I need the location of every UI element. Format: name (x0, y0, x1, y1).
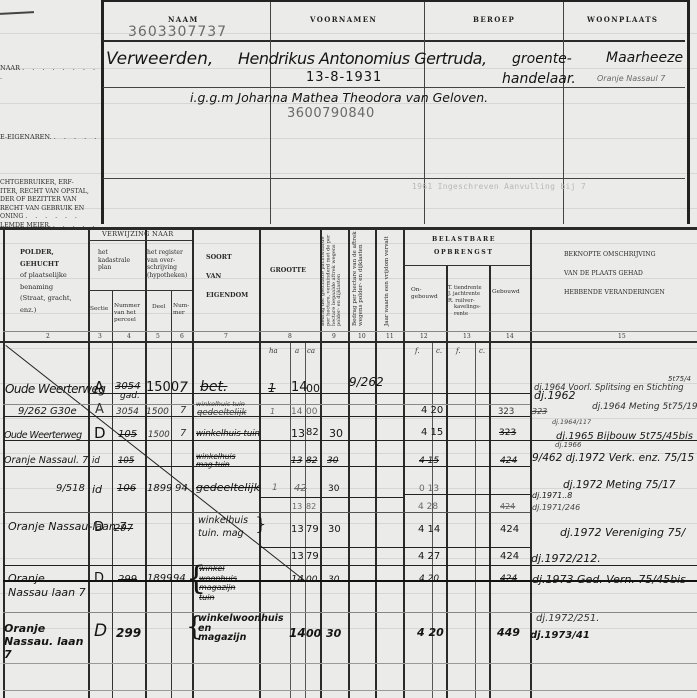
row4-gebouwd: 424 (500, 456, 517, 466)
row3-remark-3: dj.1966 (555, 441, 581, 449)
pen-mark (0, 11, 34, 15)
unit-f1: f. (415, 347, 420, 355)
row6-ongebouwd: 4 28 (418, 502, 438, 512)
row8-ongebouwd: 4 27 (418, 551, 440, 562)
row5-remark-1: dj.1972 Meting 75/17 (563, 479, 675, 491)
row8-gebouwd: 424 (500, 551, 519, 562)
col-rule-7-8 (259, 228, 261, 698)
row3-col9: 30 (329, 427, 343, 440)
row5-col9: 30 (328, 484, 339, 494)
row2-ca: 00 (306, 407, 317, 417)
colnum-6: 6 (180, 333, 184, 340)
owner-residence: Maarheeze (606, 50, 683, 66)
header-col8: GROOTTE (270, 266, 306, 275)
owner-surname: Verweerden, (106, 49, 213, 69)
row9-location: Oranje Nassau laan 7 (8, 572, 86, 600)
row6-ca: 82 (306, 502, 316, 511)
row1-ha: 1 (268, 381, 276, 395)
row9-a: 14 (291, 574, 304, 585)
row-rule-4 (3, 466, 530, 467)
colnum-11: 11 (386, 333, 394, 340)
colnum-14: 14 (506, 333, 514, 340)
unit-ha: ha (269, 347, 278, 355)
belastbare-rule (403, 265, 530, 266)
header-col9: Bedrag der geschatte pachtwaarde per hec… (321, 230, 348, 326)
row7-soort: winkelhuis tuin. mag (198, 514, 256, 540)
row9-ongebouwd: 4 20 (419, 574, 439, 584)
owner-col-rule-1 (270, 0, 271, 224)
row5-a: 42 (294, 483, 307, 494)
row10-soort: winkelwoonhuis en magazijn (198, 614, 254, 643)
top-border (101, 0, 687, 2)
header-naam: NAAM (168, 15, 199, 24)
row10-gebouwd: 449 (497, 626, 520, 639)
col-rule-12-13 (446, 265, 448, 698)
row2-ongebouwd: 4 20 (421, 405, 443, 416)
row3-a: 13 (291, 427, 305, 440)
row1-location: Oude Weerterweg (5, 382, 105, 396)
row4-soort: winkelhuis mag tuin (196, 453, 254, 469)
col-rule-5-6 (171, 290, 172, 698)
header-col5: Deel (152, 303, 165, 312)
row4-ca: 82 (306, 456, 317, 466)
row10-remark-2: dj.1973/41 (530, 630, 590, 641)
row-rule-8 (3, 565, 697, 566)
owner-given-names: Hendrikus Antonomius Gertruda, (238, 49, 487, 68)
row10-location: Oranje Nassau. laan 7 (4, 622, 84, 661)
unit-c1: c. (436, 347, 442, 355)
row10-col9: 30 (326, 627, 341, 640)
row3-nummer: 7 (180, 428, 186, 439)
header-belastbare: BELASTBARE (432, 236, 496, 243)
row1-col10: 9/262 (349, 375, 384, 389)
row3-perceel: 105 (118, 429, 137, 440)
colnum-4: 4 (127, 333, 131, 340)
row-rule-2 (3, 416, 530, 417)
header-col6: Num- mer (173, 303, 189, 317)
colnum-15: 15 (618, 333, 626, 340)
row2-gebouwd: 323 (498, 407, 514, 417)
row10-ongebouwd: 4 20 (417, 626, 444, 639)
row1-soort: bet. (200, 379, 227, 395)
column-number-rule (3, 331, 697, 332)
owner-header-rule (103, 40, 685, 42)
faded-stamp: 1961 Ingeschreven Aanvulling bij 7 (412, 182, 586, 191)
owner-row-rule-1 (103, 87, 685, 88)
header-col10: Bedrag per hectare van de aftrek wegens … (352, 230, 372, 326)
row1-remark-sup: 5t75/4 (668, 375, 691, 383)
col-rule-ha-a (290, 343, 291, 698)
row5-soort: gedeeltelijk (196, 481, 260, 494)
header-col13: T. tiendrente J. jachtrente R. ruilver- … (448, 285, 482, 317)
row-rule-6 (3, 512, 530, 513)
owner-spouse: i.g.g.m Johanna Mathea Theodora van Gelo… (190, 90, 488, 105)
owner-row-rule-2 (103, 178, 685, 179)
row9-deel: 1899 (147, 573, 172, 584)
header-kadastrale-plan: het kadastrale plan (98, 249, 130, 272)
col-rule-a-ca (305, 343, 306, 698)
row2-soort-old: winkelhuis tuin (196, 400, 245, 408)
col-rule-11-12 (403, 228, 405, 698)
row10-a: 14 (289, 626, 306, 640)
row2-deel: 1500 (146, 407, 169, 417)
row2-location: 9/262 G30e (18, 406, 77, 417)
row9-ca: 00 (306, 575, 317, 585)
row2-soort: gedeeltelijk (197, 408, 246, 418)
row5-ha: 1 (272, 483, 278, 493)
row-rule-7 (259, 547, 530, 548)
row8-ca: 79 (306, 551, 319, 562)
owner-birthdate: 13-8-1931 (306, 70, 382, 85)
header-col15: BEKNOPTE OMSCHRIJVING VAN DE PLAATS GEHA… (564, 245, 665, 302)
row4-location: Oranje Nassaul. 7 (4, 455, 88, 466)
row10-remark-1: dj.1972/251. (536, 613, 599, 624)
row4-ongebouwd: 4 15 (419, 456, 439, 466)
row10-ca: 00 (306, 627, 321, 640)
row4-remark: 9/462 dj.1972 Verk. enz. 75/15 (532, 452, 694, 464)
label-naar: NAAR . . . . . . . . . (0, 64, 100, 81)
colnum-7: 7 (224, 333, 228, 340)
row3-ongebouwd: 4 15 (421, 427, 443, 438)
row5-ongebouwd: 0 13 (419, 484, 439, 494)
row2-sectie: A (95, 402, 104, 417)
row-rule-5 (259, 497, 403, 498)
row7-sectie: D (94, 520, 104, 535)
colnum-10: 10 (358, 333, 366, 340)
header-col14: Gebouwd (492, 288, 520, 297)
row3-deel: 1500 (148, 430, 170, 440)
colnum-5: 5 (156, 333, 160, 340)
row5-sectie: id (92, 483, 102, 496)
header-col7: SOORT VAN EIGENDOM (206, 248, 248, 305)
row6-gebouwd: 424 (500, 502, 515, 511)
row3-remark-1: dj.1964/117 (552, 418, 591, 426)
row6-remark: dj.1971/246 (532, 503, 580, 512)
row9-perceel: 299 (118, 574, 137, 585)
row7-location: Oranje Nassau-laan 7 (8, 520, 126, 534)
row9-soort: winkel woonhuis magazijn tuin (199, 564, 249, 602)
unit-ca: ca (307, 347, 315, 355)
row1-perceel-note: gad. (120, 391, 140, 401)
row2-a: 14 (291, 407, 302, 417)
col-rule-3-4 (112, 290, 113, 698)
row7-col9: 30 (328, 524, 341, 535)
row7-ca: 79 (306, 524, 319, 535)
row4-col9: 30 (327, 456, 338, 466)
header-col2: POLDER, GEHUCHT of plaatselijke benaming… (20, 247, 72, 316)
row3-soort: winkelhuis tuin (196, 429, 260, 439)
row9-nummer: 94 (173, 573, 186, 584)
row2-remark-1: 323 (532, 407, 547, 416)
verwijzing-rule (88, 240, 192, 241)
row4-a: 13 (291, 456, 302, 466)
colnum-13: 13 (463, 333, 471, 340)
row-rule-11 (3, 663, 697, 664)
row9-sectie: D (94, 571, 104, 586)
row5-perceel: 106 (117, 483, 136, 494)
header-col4: Nummer van het perceel (114, 303, 140, 324)
colnum-3: 3 (98, 333, 102, 340)
row7-brace: } (255, 514, 266, 535)
row7-gebouwd: 424 (500, 524, 519, 535)
verwijzing-sub-rule (88, 290, 192, 291)
row2-perceel: 3054 (116, 407, 139, 417)
header-woonplaats: WOONPLAATS (587, 15, 658, 24)
row9-col9: 30 (328, 575, 339, 585)
row7-a: 13 (291, 524, 304, 535)
header-beroep: BEROEP (473, 15, 515, 24)
colnum-2: 2 (46, 333, 50, 340)
row2-ha: 1 (270, 407, 275, 416)
row2-nummer: 7 (180, 405, 186, 416)
row5-remark-2: dj.1971..8 (532, 491, 572, 500)
row3-location: Oude Weerterweg (4, 430, 82, 441)
col-rule-9-10 (348, 228, 350, 698)
owner-residence-pencil: Oranje Nassaul 7 (597, 74, 665, 83)
row-rule-12 (3, 690, 697, 691)
col-rule-4-5 (145, 228, 147, 698)
unit-a: a (295, 347, 299, 355)
unit-f2: f. (456, 347, 461, 355)
row10-perceel: 299 (116, 626, 141, 640)
row5-deel: 1899 (147, 483, 172, 494)
row1-deel: 1500 (146, 380, 179, 395)
col-rule-10-11 (375, 228, 377, 698)
row-rule-1b (3, 404, 530, 405)
header-col11: Jaar waarin een vrijdom vervalt (384, 230, 394, 326)
col-rule-13-14 (489, 265, 491, 698)
row3-gebouwd: 323 (499, 428, 516, 438)
row5-nummer: 94 (175, 483, 188, 494)
header-col3: Sectie (90, 305, 108, 314)
row1-remark-2: dj.1962 (534, 389, 576, 402)
unit-c2: c. (479, 347, 485, 355)
row5-location: 9/518 (56, 483, 85, 494)
row8-a: 13 (291, 551, 304, 562)
row7-remark: dj.1972 Vereniging 75/ (560, 526, 685, 539)
row6-a: 13 (292, 502, 302, 511)
row3-sectie: D (94, 424, 106, 442)
row1-sectie: A (94, 378, 104, 396)
row-rule-5b (403, 494, 530, 495)
row4-sectie: id (92, 456, 100, 466)
row10-sectie: D (94, 621, 107, 641)
row1-nummer: 7 (179, 380, 188, 396)
header-voornamen: VOORNAMEN (310, 15, 377, 24)
colnum-8: 8 (288, 333, 292, 340)
col-rule-13-f-c (475, 343, 476, 698)
label-rights: CHTGEBRUIKER, ERF- ITER, RECHT VAN OPSTA… (0, 179, 98, 231)
row8-remark: dj.1972/212. (531, 552, 601, 565)
col-rule-2-3 (88, 228, 90, 698)
row3-ca: 82 (306, 427, 319, 438)
row9-gebouwd: 424 (500, 574, 517, 584)
row2-remark-2: dj.1964 Meting 5t75/19 (592, 402, 697, 412)
owner-occupation-1: groente- (512, 51, 572, 67)
row1-ca: 00 (306, 382, 320, 395)
header-col12: On- gebouwd (411, 287, 438, 301)
header-verwijzing: VERWIJZING NAAR (102, 230, 174, 239)
owner-id-top: 3603307737 (128, 24, 227, 40)
header-register: het register van over- schrijving (hypot… (147, 249, 187, 279)
left-margin-labels: NAAR . . . . . . . . . E-EIGENAREN. . . … (0, 0, 100, 228)
label-eigenaren: E-EIGENAREN. . . . . . (0, 133, 99, 142)
row4-perceel: 105 (118, 456, 134, 466)
col-rule-12-f-c (432, 343, 433, 698)
row7-perceel: 297 (114, 523, 133, 534)
row9-remark: dj.1973 Ged. Vern. 75/45bis (532, 573, 686, 586)
owner-occupation-2: handelaar. (502, 71, 576, 87)
owner-spouse-id: 3600790840 (287, 106, 375, 121)
header-opbrengst: OPBRENGST (434, 249, 494, 256)
colnum-9: 9 (332, 333, 336, 340)
row7-ongebouwd: 4 14 (418, 524, 440, 535)
colnum-12: 12 (420, 333, 428, 340)
